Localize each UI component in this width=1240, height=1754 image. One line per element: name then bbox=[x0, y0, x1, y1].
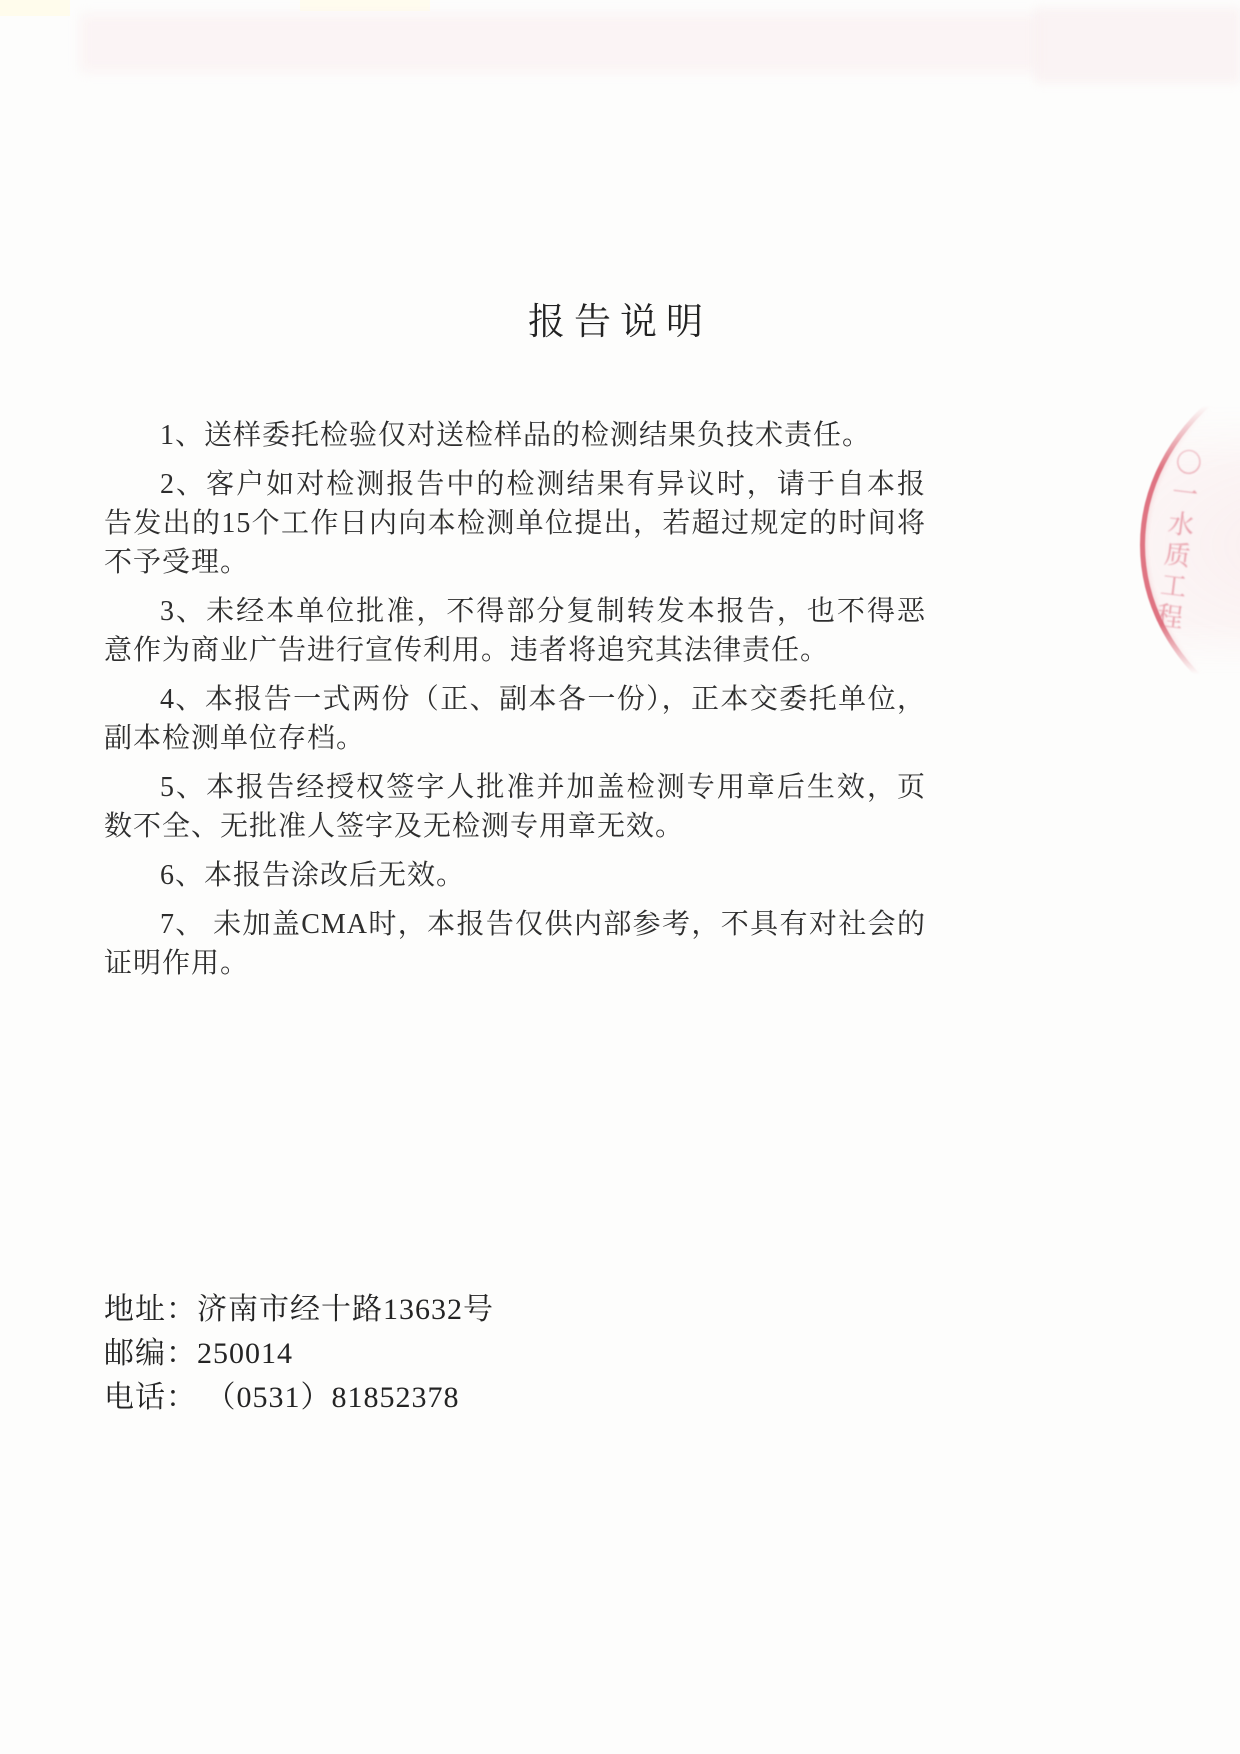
scan-artifact bbox=[300, 0, 430, 11]
red-stamp: 〇一水质工程 bbox=[1100, 330, 1240, 750]
note-item: 1、送样委托检验仅对送检样品的检测结果负技术责任。 bbox=[104, 416, 926, 455]
note-item: 3、未经本单位批准，不得部分复制转发本报告，也不得恶意作为商业广告进行宣传利用。… bbox=[104, 592, 926, 670]
note-item: 4、本报告一式两份（正、副本各一份），正本交委托单位，副本检测单位存档。 bbox=[104, 680, 926, 758]
scan-artifact bbox=[1035, 8, 1240, 83]
postcode-line: 邮编：250014 bbox=[104, 1332, 494, 1376]
page-title: 报告说明 bbox=[0, 291, 1240, 345]
note-item: 5、本报告经授权签字人批准并加盖检测专用章后生效，页数不全、无批准人签字及无检测… bbox=[104, 768, 926, 846]
stamp-ring bbox=[1140, 330, 1240, 750]
note-item: 2、客户如对检测报告中的检测结果有异议时，请于自本报告发出的15个工作日内向本检… bbox=[104, 465, 926, 582]
report-notes: 1、送样委托检验仅对送检样品的检测结果负技术责任。 2、客户如对检测报告中的检测… bbox=[104, 416, 926, 993]
note-item: 7、 未加盖CMA时，本报告仅供内部参考，不具有对社会的证明作用。 bbox=[104, 905, 926, 983]
phone-line: 电话： （0531）81852378 bbox=[104, 1376, 494, 1420]
scan-artifact bbox=[0, 0, 70, 16]
scan-artifact bbox=[80, 14, 1040, 72]
address-line: 地址：济南市经十路13632号 bbox=[104, 1288, 494, 1332]
contact-info: 地址：济南市经十路13632号 邮编：250014 电话： （0531）8185… bbox=[104, 1288, 494, 1420]
note-item: 6、本报告涂改后无效。 bbox=[104, 856, 926, 895]
stamp-text: 〇一水质工程 bbox=[1146, 446, 1207, 645]
scanned-report-page: 报告说明 1、送样委托检验仅对送检样品的检测结果负技术责任。 2、客户如对检测报… bbox=[0, 0, 1240, 1754]
